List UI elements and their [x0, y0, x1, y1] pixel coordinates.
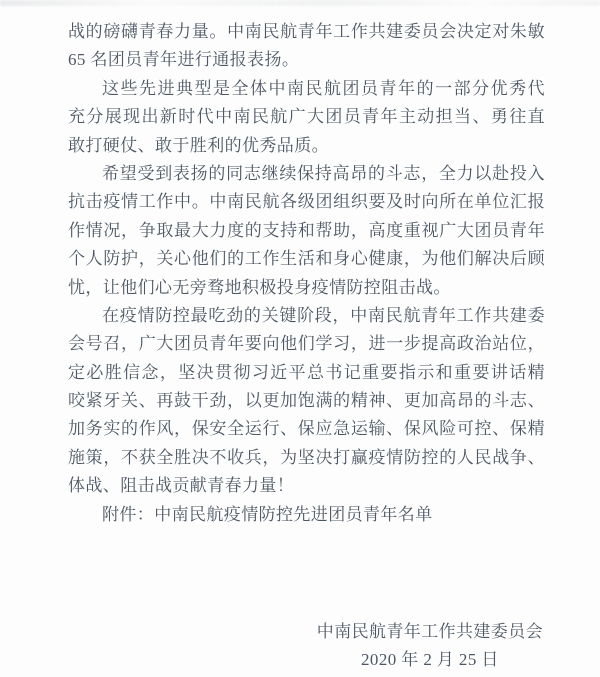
text-line: 65 名团员青年进行通报表扬。: [68, 46, 545, 74]
text-line: 抗击疫情工作中。中南民航各级团组织要及时向所在单位汇报工: [68, 188, 545, 216]
document-page: 战的磅礴青春力量。中南民航青年工作共建委员会决定对朱敏等65 名团员青年进行通报…: [0, 0, 600, 677]
text-line: 作情况，争取最大力度的支持和帮助，高度重视广大团员青年的: [68, 217, 545, 245]
signature-date: 2020 年 2 月 25 日: [317, 646, 543, 674]
text-line: 个人防护，关心他们的工作生活和身心健康，为他们解决后顾之: [68, 245, 545, 273]
text-line: 附件：中南民航疫情防控先进团员青年名单: [68, 501, 545, 529]
text-line: 这些先进典型是全体中南民航团员青年的一部分优秀代表，: [68, 75, 545, 103]
text-line: 希望受到表扬的同志继续保持高昂的斗志，全力以赴投入到: [68, 160, 545, 188]
scan-artifact: [0, 0, 600, 6]
text-line: 体战、阻击战贡献青春力量！: [68, 472, 545, 500]
text-line: 充分展现出新时代中南民航广大团员青年主动担当、勇往直前、: [68, 103, 545, 131]
text-line: 咬紧牙关、再鼓干劲，以更加饱满的精神、更加高昂的斗志、更: [68, 387, 545, 415]
text-line: 在疫情防控最吃劲的关键阶段，中南民航青年工作共建委员: [68, 302, 545, 330]
text-line: 会号召，广大团员青年要向他们学习，进一步提高政治站位，坚: [68, 330, 545, 358]
signature-org: 中南民航青年工作共建委员会: [317, 618, 543, 646]
text-line: 战的磅礴青春力量。中南民航青年工作共建委员会决定对朱敏等: [68, 18, 545, 46]
text-line: 加务实的作风，保安全运行、保应急运输、保风险可控、保精准: [68, 415, 545, 443]
text-line: 忧，让他们心无旁骛地积极投身疫情防控阻击战。: [68, 274, 545, 302]
document-body: 战的磅礴青春力量。中南民航青年工作共建委员会决定对朱敏等65 名团员青年进行通报…: [68, 18, 545, 529]
text-line: 施策，不获全胜决不收兵，为坚决打赢疫情防控的人民战争、总: [68, 444, 545, 472]
text-line: 敢打硬仗、敢于胜利的优秀品质。: [68, 132, 545, 160]
text-line: 定必胜信念，坚决贯彻习近平总书记重要指示和重要讲话精神，: [68, 359, 545, 387]
signature-block: 中南民航青年工作共建委员会 2020 年 2 月 25 日: [317, 618, 543, 675]
